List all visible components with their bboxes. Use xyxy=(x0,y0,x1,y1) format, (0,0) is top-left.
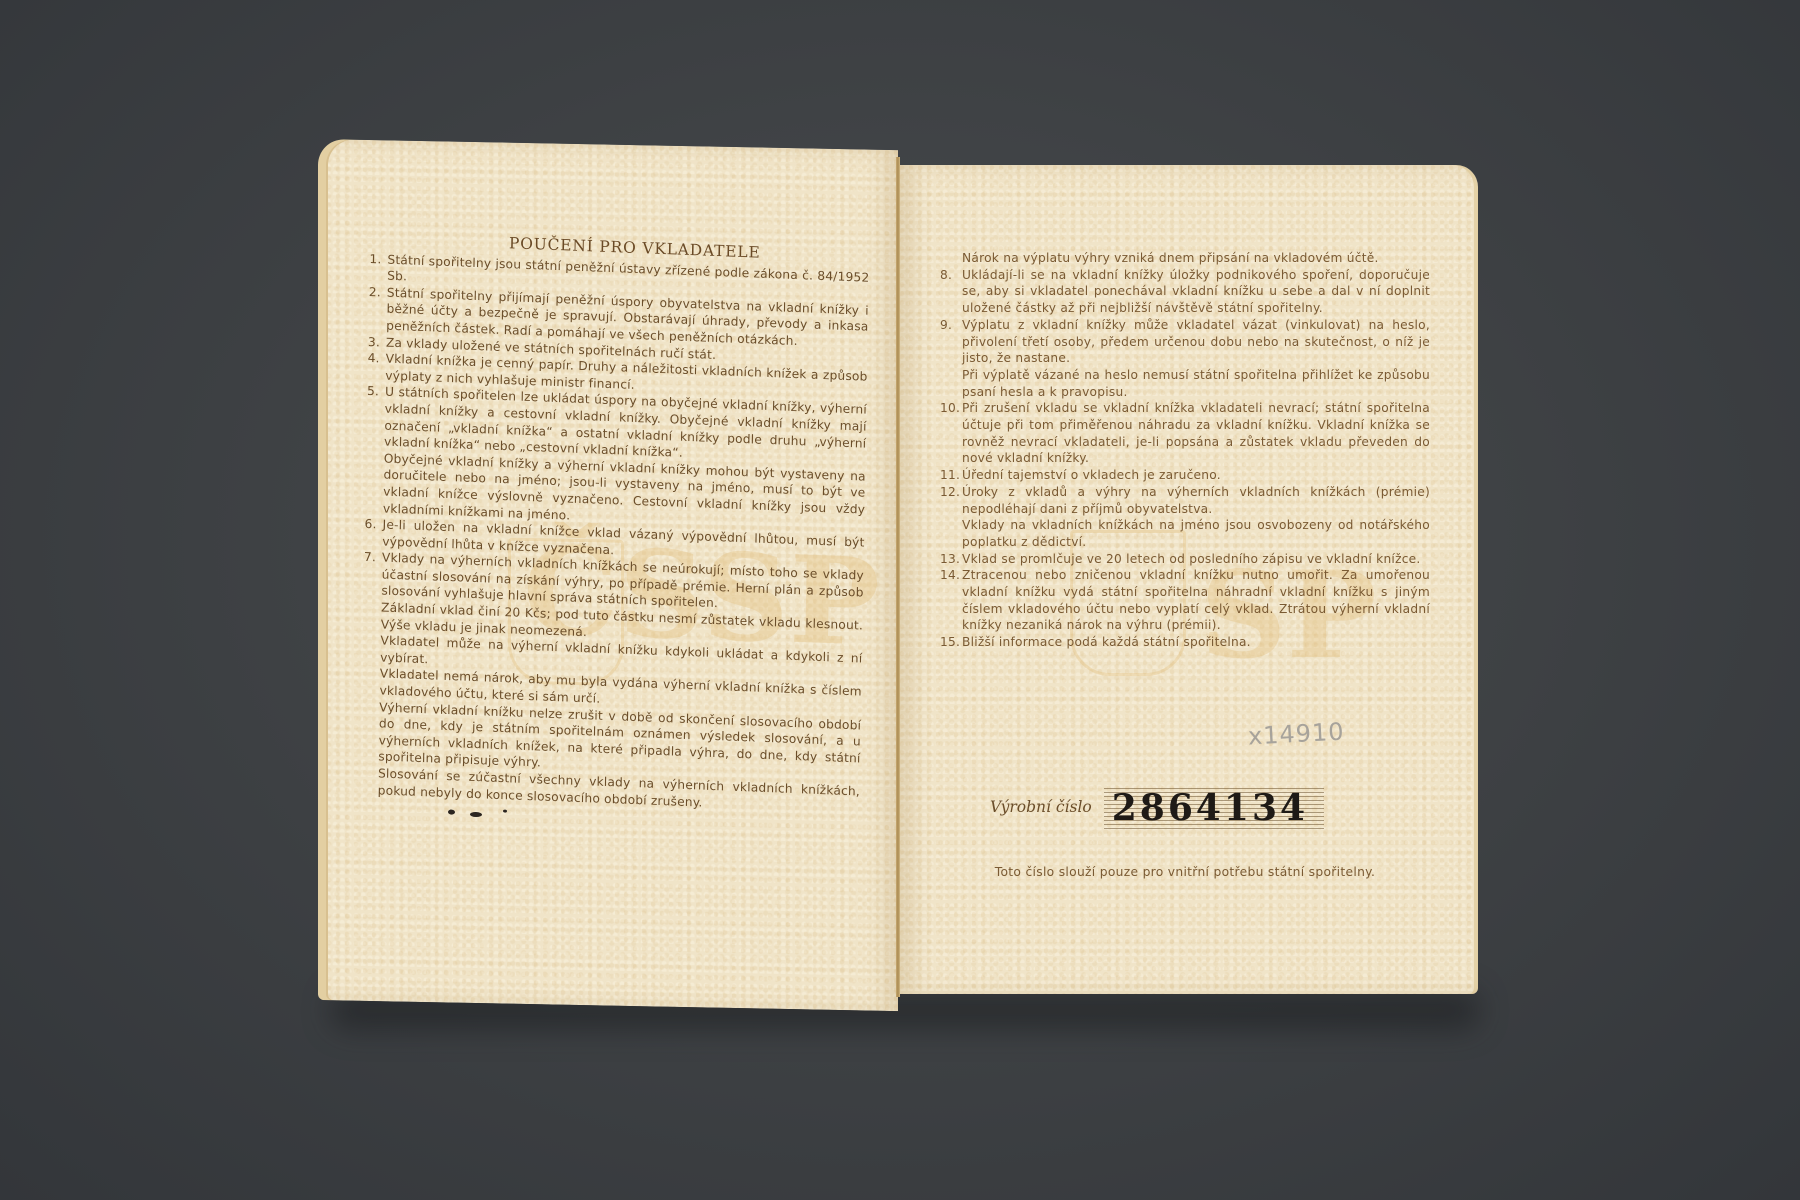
list-item-12-continuation: Vklady na vkladních knížkách na jméno js… xyxy=(940,517,1430,550)
list-item-13: 13. Vklad se promlčuje ve 20 letech od p… xyxy=(940,551,1430,568)
list-item-15: 15. Bližší informace podá každá státní s… xyxy=(940,634,1430,651)
list-item-8: 8. Ukládají-li se na vkladní knížky úlož… xyxy=(940,267,1430,317)
instructions-for-depositors: POUČENÍ PRO VKLADATELE 1. Státní spořite… xyxy=(360,230,870,817)
list-item-9-continuation: Při výplatě vázané na heslo nemusí státn… xyxy=(940,367,1430,400)
production-number-note: Toto číslo slouží pouze pro vnitřní potř… xyxy=(940,865,1430,879)
production-number-block: Výrobní číslo 2864134 xyxy=(990,785,1324,829)
production-number-value: 2864134 xyxy=(1112,787,1308,829)
ink-stain xyxy=(503,810,507,813)
right-page: SP Nárok na výplatu výhry vzniká dnem př… xyxy=(900,165,1478,994)
left-page: ČSSP POUČENÍ PRO VKLADATELE 1. Státní sp… xyxy=(318,139,898,1011)
production-number-label: Výrobní číslo xyxy=(990,798,1092,816)
intro-paragraph: Nárok na výplatu výhry vzniká dnem přips… xyxy=(940,250,1430,267)
list-item-12: 12. Úroky z vkladů a výhry na výherních … xyxy=(940,484,1430,517)
pencil-annotation: x14910 xyxy=(1247,717,1345,750)
list-item-11: 11. Úřední tajemství o vkladech je zaruč… xyxy=(940,467,1430,484)
instructions-list-continued: 8. Ukládají-li se na vkladní knížky úlož… xyxy=(940,267,1430,651)
list-item-10: 10. Při zrušení vkladu se vkladní knížka… xyxy=(940,400,1430,467)
open-savings-booklet: ČSSP POUČENÍ PRO VKLADATELE 1. Státní sp… xyxy=(318,135,1478,1000)
ink-stain xyxy=(470,812,482,817)
production-number-field: 2864134 xyxy=(1104,785,1324,829)
list-item-14: 14. Ztracenou nebo zničenou vkladní kníž… xyxy=(940,567,1430,634)
list-item-9: 9. Výplatu z vkladní knížky může vkladat… xyxy=(940,317,1430,367)
instructions-continued: Nárok na výplatu výhry vzniká dnem přips… xyxy=(940,250,1430,651)
ink-stain xyxy=(448,809,455,814)
instructions-list: 1. Státní spořitelny jsou státní peněžní… xyxy=(360,251,870,817)
